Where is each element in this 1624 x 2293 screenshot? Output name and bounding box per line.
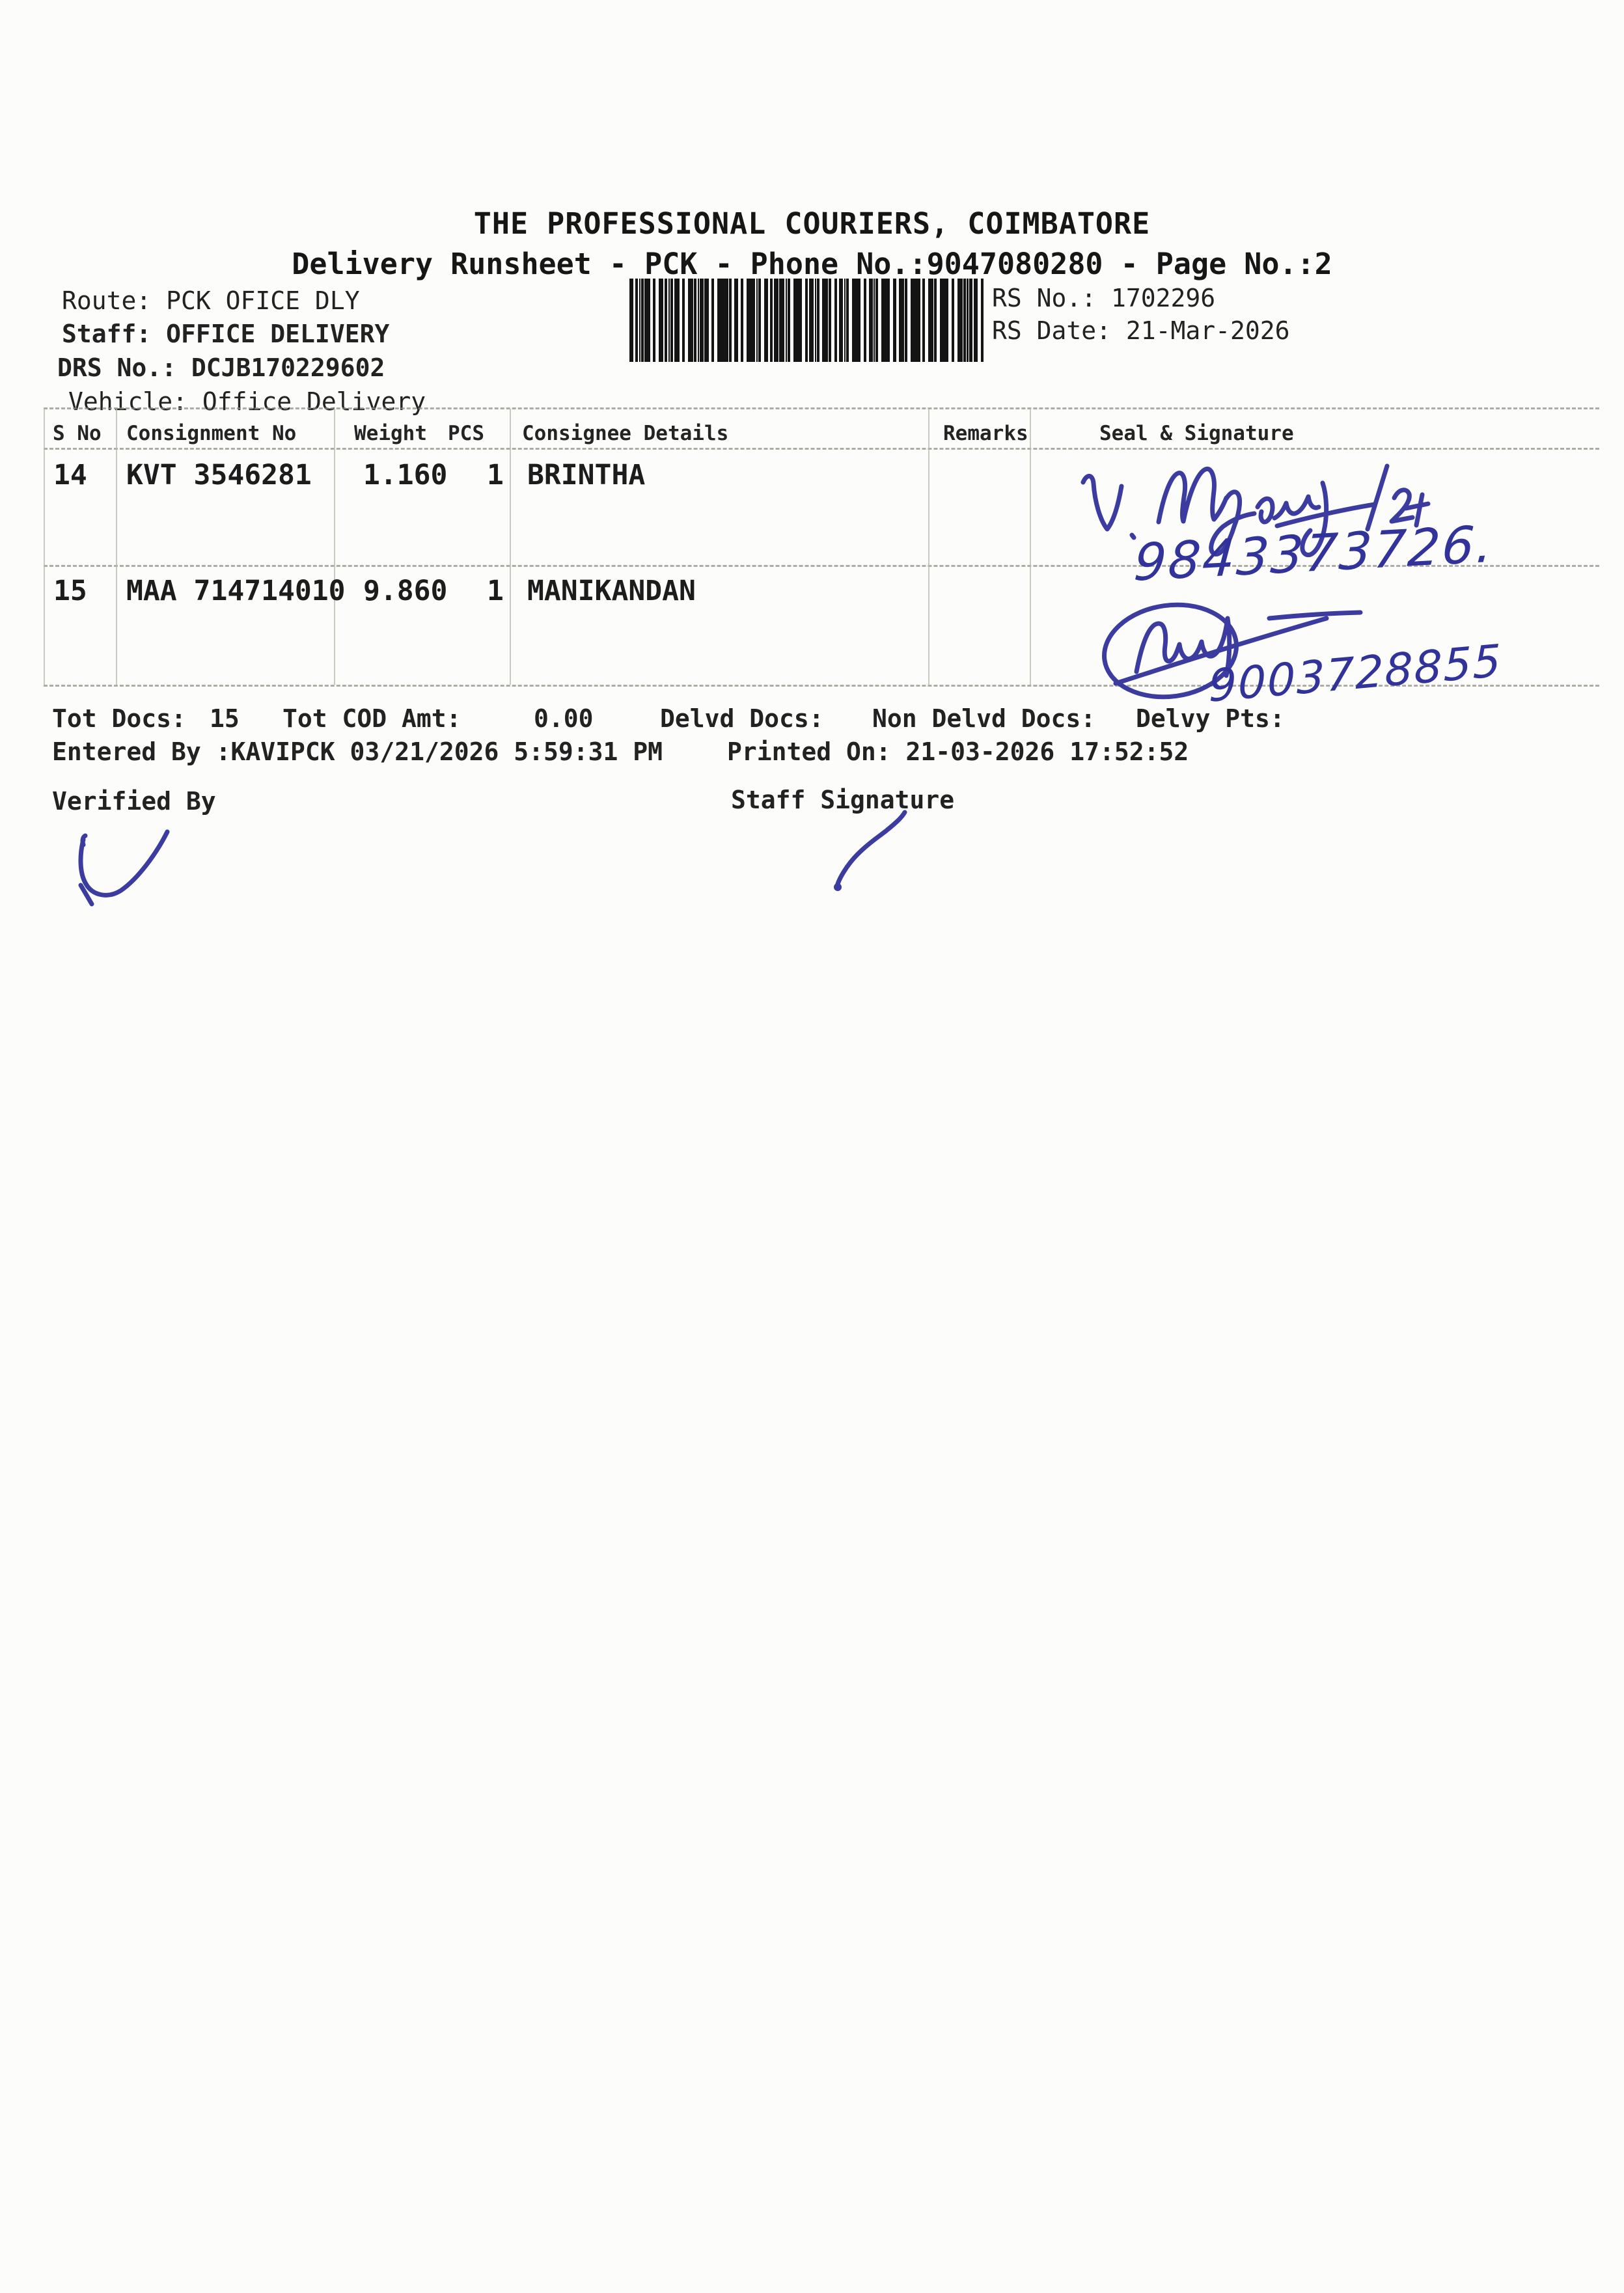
table-column-divider [1030,409,1031,685]
column-header-pcs: PCS [448,422,484,446]
drs-no-label: DRS No.: [57,353,191,382]
column-header-seal-signature: Seal & Signature [1099,422,1294,446]
handwritten-phone-row-15: 9003728855 [1209,635,1502,713]
route-line: Route: PCK OFICE DLY [62,287,360,316]
table-row-cell-consignment-no: MAA 714714010 [126,575,346,607]
rs-barcode [629,279,987,362]
column-header-consignee-details: Consignee Details [522,422,728,446]
printed-on-line: Printed On: 21-03-2026 17:52:52 [727,738,1189,767]
entered-by-line: Entered By :KAVIPCK 03/21/2026 5:59:31 P… [52,738,663,767]
table-header-separator [44,448,1599,450]
table-row-cell-s-no: 15 [53,575,87,607]
table-row-cell-pcs: 1 [487,575,504,607]
rs-no-value: 1702296 [1111,284,1215,312]
signature-row15-circle-stroke [1098,596,1242,705]
vehicle-value: Office Delivery [202,387,426,416]
route-label: Route: [62,286,166,315]
delvd-docs-label: Delvd Docs: [660,705,824,734]
rs-no-line: RS No.: 1702296 [992,284,1215,313]
table-column-divider [510,409,511,685]
verified-by-label: Verified By [52,788,216,816]
delivery-runsheet-document: THE PROFESSIONAL COURIERS, COIMBATORE De… [0,0,1624,2293]
staff-value: OFFICE DELIVERY [166,320,389,348]
staff-signature-label: Staff Signature [731,786,954,815]
tot-cod-amt-value: 0.00 [534,705,594,734]
signature-row15-initials-stroke [1116,612,1360,683]
staff-signature-stroke [837,812,905,886]
table-row-cell-weight: 9.860 [363,575,447,607]
handwritten-phone-row-14: 9843373726. [1132,515,1496,592]
drs-no-line: DRS No.: DCJB170229602 [57,354,385,383]
column-header-weight: Weight [354,422,427,446]
table-row-cell-weight: 1.160 [363,460,447,491]
table-column-divider [928,409,929,685]
tot-cod-amt-label: Tot COD Amt: [282,705,461,734]
tot-docs-value: 15 [210,705,240,734]
rs-date-line: RS Date: 21-Mar-2026 [992,317,1290,346]
table-border-top [44,407,1599,409]
table-row-cell-pcs: 1 [487,460,504,491]
table-column-divider [334,409,335,685]
table-row-cell-consignee: MANIKANDAN [527,575,696,607]
non-delvd-docs-label: Non Delvd Docs: [872,705,1095,734]
document-subtitle: Delivery Runsheet - PCK - Phone No.:9047… [0,247,1624,281]
staff-label: Staff: [62,320,166,348]
column-header-consignment-no: Consignment No [126,422,296,446]
table-column-divider [44,409,45,685]
drs-no-value: DCJB170229602 [191,353,385,382]
rs-date-label: RS Date: [992,316,1126,345]
column-header-s-no: S No [53,422,102,446]
table-row-cell-consignment-no: KVT 3546281 [126,460,312,491]
signature-row14-name-stroke [1083,466,1428,555]
table-row-separator [44,565,1599,567]
vehicle-line: Vehicle: Office Delivery [68,388,426,417]
verified-by-signature-stroke [81,832,167,904]
table-border-bottom [44,685,1599,687]
rs-no-label: RS No.: [992,284,1111,312]
staff-signature-ink-blob [834,883,842,891]
staff-line: Staff: OFFICE DELIVERY [62,320,389,349]
route-value: PCK OFICE DLY [166,286,359,315]
delvy-pts-label: Delvy Pts: [1136,705,1285,734]
column-header-remarks: Remarks [943,422,1028,446]
table-row-cell-consignee: BRINTHA [527,460,645,491]
rs-date-value: 21-Mar-2026 [1126,316,1290,345]
vehicle-label: Vehicle: [68,387,202,416]
document-title: THE PROFESSIONAL COURIERS, COIMBATORE [0,207,1624,241]
table-row-cell-s-no: 14 [53,460,87,491]
table-column-divider [116,409,117,685]
tot-docs-label: Tot Docs: [52,705,186,734]
